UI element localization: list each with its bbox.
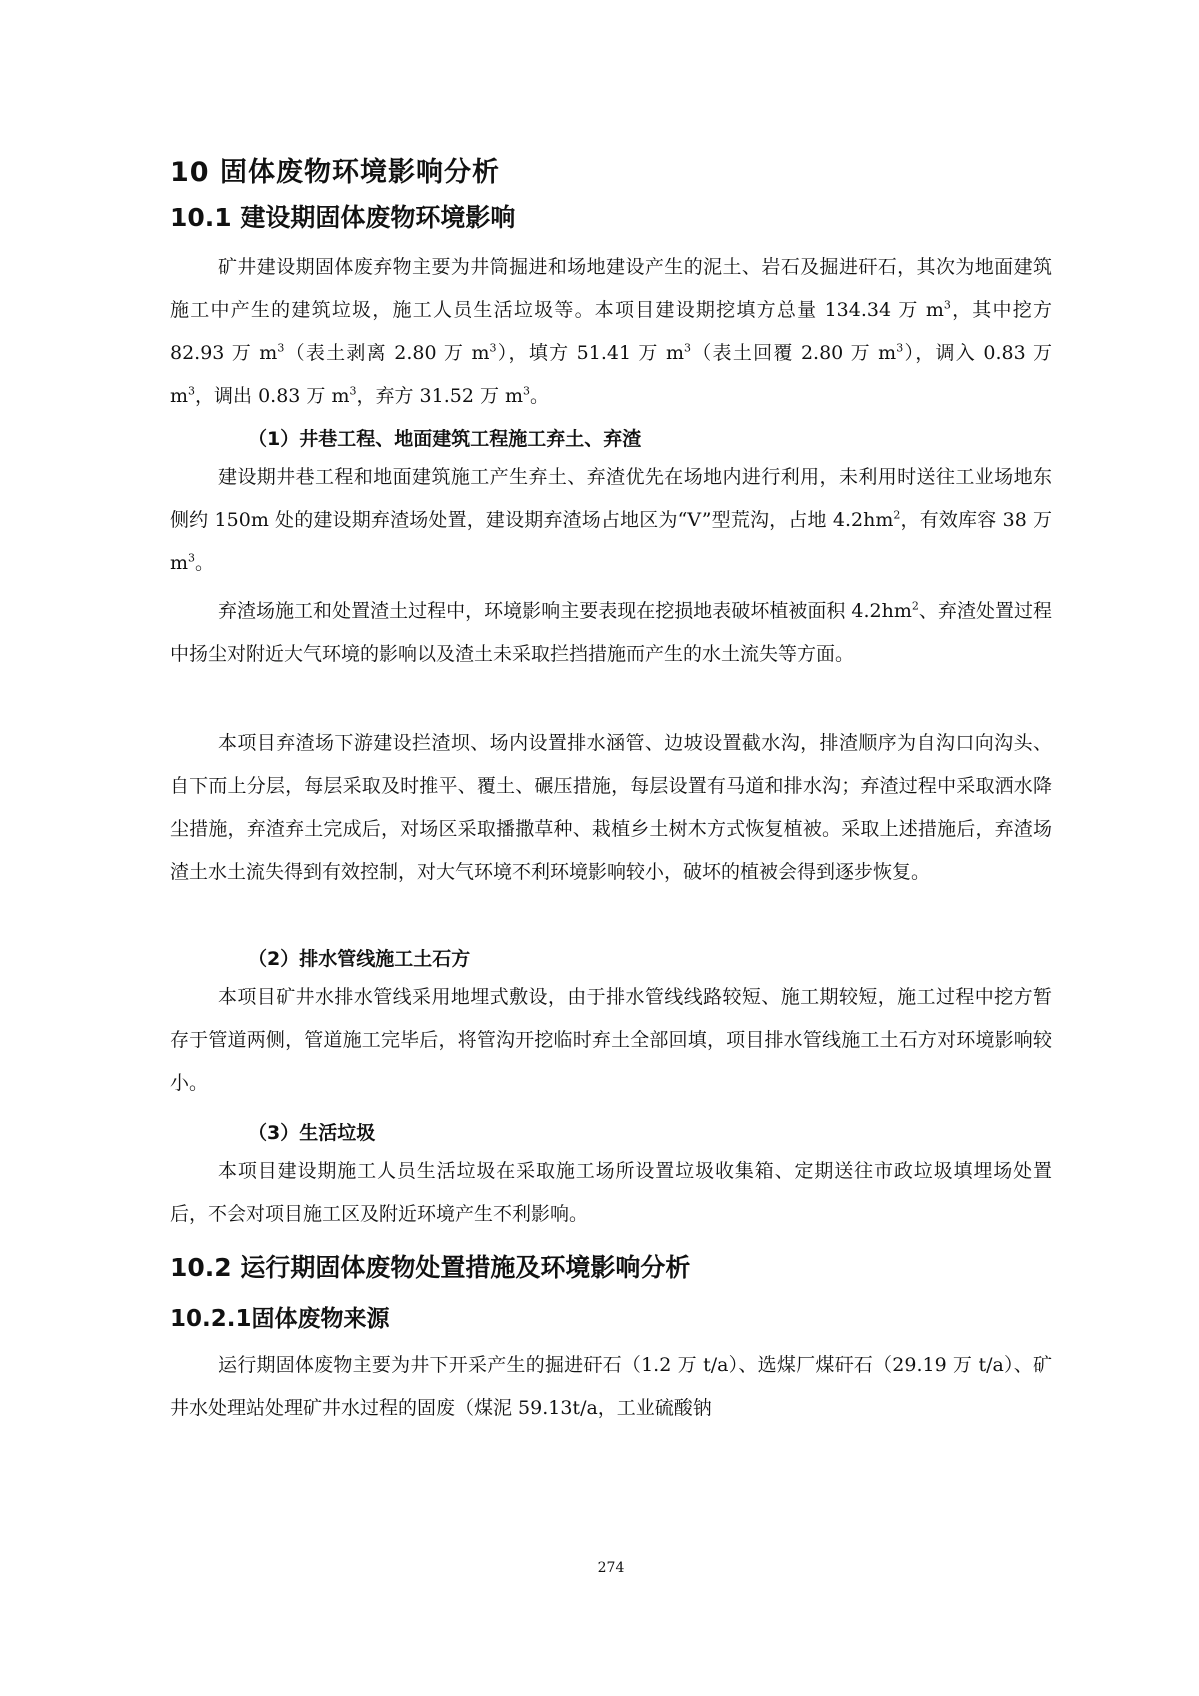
subsection-1-paragraph-2: 弃渣场施工和处置渣土过程中，环境影响主要表现在挖损地表破坏植被面积 4.2hm2… xyxy=(170,590,1052,676)
subsection-3-paragraph-1: 本项目建设期施工人员生活垃圾在采取施工场所设置垃圾收集箱、定期送往市政垃圾填埋场… xyxy=(170,1150,1052,1236)
subsection-title-2: （2）排水管线施工土石方 xyxy=(248,944,470,971)
subsection-2-paragraph-1: 本项目矿井水排水管线采用地埋式敷设，由于排水管线线路较短、施工期较短，施工过程中… xyxy=(170,976,1052,1105)
subsection-1-paragraph-3: 本项目弃渣场下游建设拦渣坝、场内设置排水涵管、边坡设置截水沟，排渣顺序为自沟口向… xyxy=(170,722,1052,894)
section-title-10-2: 10.2 运行期固体废物处置措施及环境影响分析 xyxy=(170,1248,690,1284)
section-title-10-2-1: 10.2.1固体废物来源 xyxy=(170,1300,390,1333)
section-title-10-1: 10.1 建设期固体废物环境影响 xyxy=(170,198,515,234)
page-number: 274 xyxy=(170,1560,1052,1576)
subsection-title-1: （1）井巷工程、地面建筑工程施工弃土、弃渣 xyxy=(248,424,641,451)
chapter-title: 10 固体废物环境影响分析 xyxy=(170,150,500,189)
section-10-2-1-paragraph-1: 运行期固体废物主要为井下开采产生的掘进矸石（1.2 万 t/a）、选煤厂煤矸石（… xyxy=(170,1344,1052,1430)
subsection-title-3: （3）生活垃圾 xyxy=(248,1118,375,1145)
subsection-1-paragraph-1: 建设期井巷工程和地面建筑施工产生弃土、弃渣优先在场地内进行利用，未利用时送往工业… xyxy=(170,456,1052,585)
section-10-1-intro: 矿井建设期固体废弃物主要为井筒掘进和场地建设产生的泥土、岩石及掘进矸石，其次为地… xyxy=(170,246,1052,418)
